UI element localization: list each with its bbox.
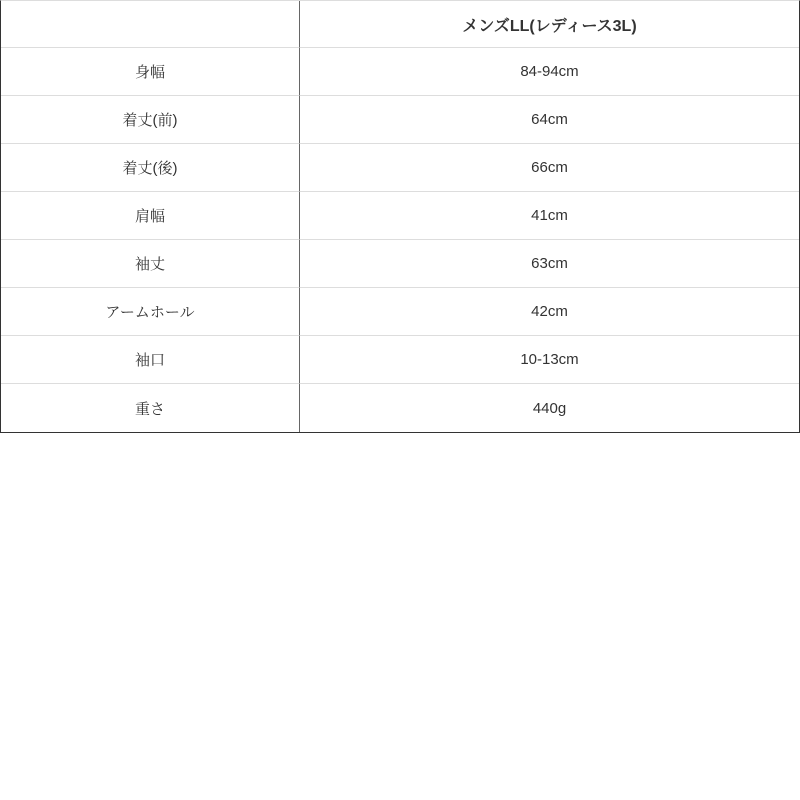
table-row: 袖口 10-13cm (1, 336, 799, 384)
header-size-cell: メンズLL(レディース3L) (300, 1, 799, 48)
size-label-cell: 肩幅 (1, 192, 300, 240)
header-row: メンズLL(レディース3L) (1, 1, 799, 48)
size-chart: メンズLL(レディース3L) 身幅 84-94cm 着丈(前) 64cm 着丈(… (0, 0, 800, 433)
size-value-cell: 440g (300, 384, 799, 432)
size-label-cell: 袖口 (1, 336, 300, 384)
size-chart-table: メンズLL(レディース3L) 身幅 84-94cm 着丈(前) 64cm 着丈(… (1, 1, 799, 432)
header-label-cell (1, 1, 300, 48)
table-row: 袖丈 63cm (1, 240, 799, 288)
size-value-cell: 42cm (300, 288, 799, 336)
table-row: アームホール 42cm (1, 288, 799, 336)
size-value-cell: 41cm (300, 192, 799, 240)
table-row: 身幅 84-94cm (1, 48, 799, 96)
size-label-cell: アームホール (1, 288, 300, 336)
size-label-cell: 重さ (1, 384, 300, 432)
size-value-cell: 10-13cm (300, 336, 799, 384)
size-label-cell: 袖丈 (1, 240, 300, 288)
size-label-cell: 着丈(前) (1, 96, 300, 144)
size-value-cell: 84-94cm (300, 48, 799, 96)
table-row: 重さ 440g (1, 384, 799, 432)
size-label-cell: 身幅 (1, 48, 300, 96)
size-value-cell: 66cm (300, 144, 799, 192)
size-value-cell: 63cm (300, 240, 799, 288)
table-row: 着丈(後) 66cm (1, 144, 799, 192)
size-value-cell: 64cm (300, 96, 799, 144)
table-row: 肩幅 41cm (1, 192, 799, 240)
page-canvas: メンズLL(レディース3L) 身幅 84-94cm 着丈(前) 64cm 着丈(… (0, 0, 800, 800)
size-label-cell: 着丈(後) (1, 144, 300, 192)
table-row: 着丈(前) 64cm (1, 96, 799, 144)
